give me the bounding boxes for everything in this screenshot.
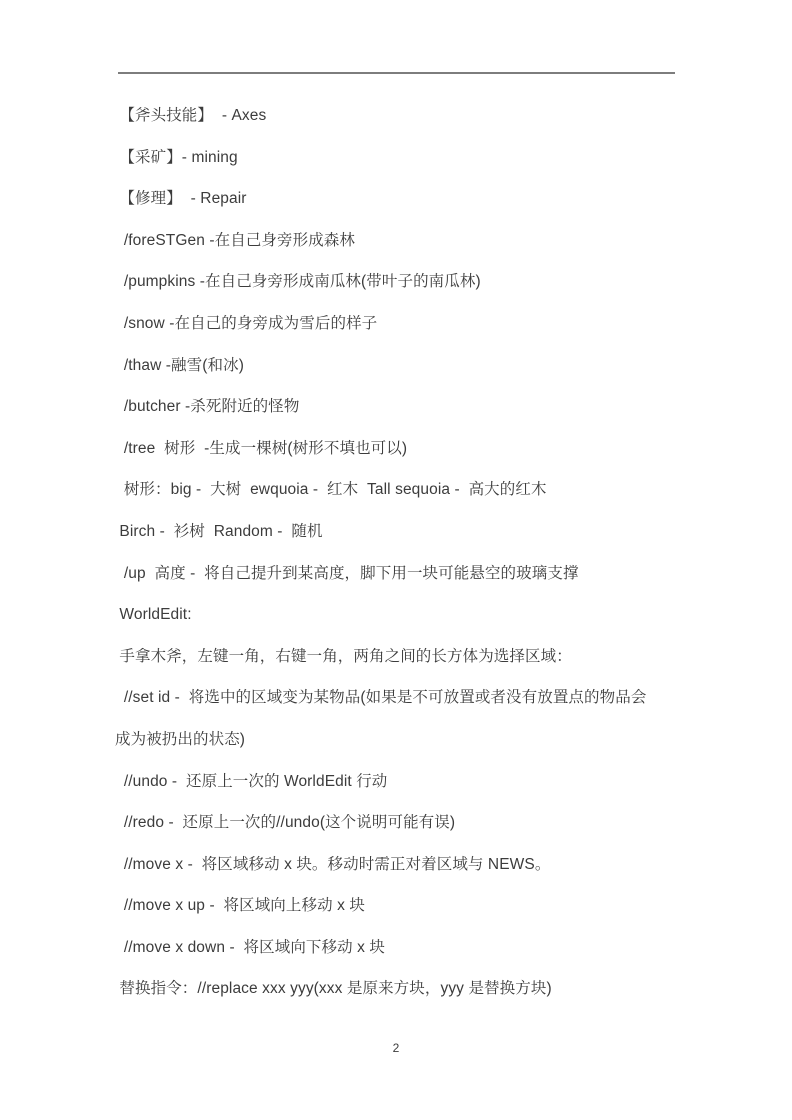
text-line: 【采矿】- mining [115,137,765,179]
text-line: /up 高度 - 将自己提升到某高度，脚下用一块可能悬空的玻璃支撑 [115,553,765,595]
text-line: /pumpkins -在自己身旁形成南瓜林(带叶子的南瓜林) [115,261,765,303]
text-line: 手拿木斧，左键一角，右键一角，两角之间的长方体为选择区域： [115,636,765,678]
text-line: /snow -在自己的身旁成为雪后的样子 [115,303,765,345]
page-number: 2 [0,1040,792,1056]
text-line: /foreSTGen -在自己身旁形成森林 [115,220,765,262]
text-line: /tree 树形 -生成一棵树(树形不填也可以) [115,428,765,470]
text-line: Birch - 衫树 Random - 随机 [115,511,765,553]
text-line: /thaw -融雪(和冰) [115,345,765,387]
text-line: 【斧头技能】 - Axes [115,95,765,137]
text-line: /butcher -杀死附近的怪物 [115,386,765,428]
text-line: //undo - 还原上一次的 WorldEdit 行动 [115,761,765,803]
text-line: //set id - 将选中的区域变为某物品(如果是不可放置或者没有放置点的物品… [115,677,765,719]
text-line: //move x down - 将区域向下移动 x 块 [115,927,765,969]
text-line: 树形：big - 大树 ewquoia - 红木 Tall sequoia - … [115,469,765,511]
text-line: 成为被扔出的状态) [115,719,765,761]
text-line: //redo - 还原上一次的//undo(这个说明可能有误) [115,802,765,844]
document-page: 【斧头技能】 - Axes 【采矿】- mining 【修理】 - Repair… [0,0,792,1120]
text-line: 【修理】 - Repair [115,178,765,220]
text-line: WorldEdit: [115,594,765,636]
text-lines: 【斧头技能】 - Axes 【采矿】- mining 【修理】 - Repair… [115,95,765,1010]
text-line: 替换指令：//replace xxx yyy(xxx 是原来方块，yyy 是替换… [115,968,765,1010]
header-rule [118,72,675,74]
text-line: //move x up - 将区域向上移动 x 块 [115,885,765,927]
text-line: //move x - 将区域移动 x 块。移动时需正对着区域与 NEWS。 [115,844,765,886]
